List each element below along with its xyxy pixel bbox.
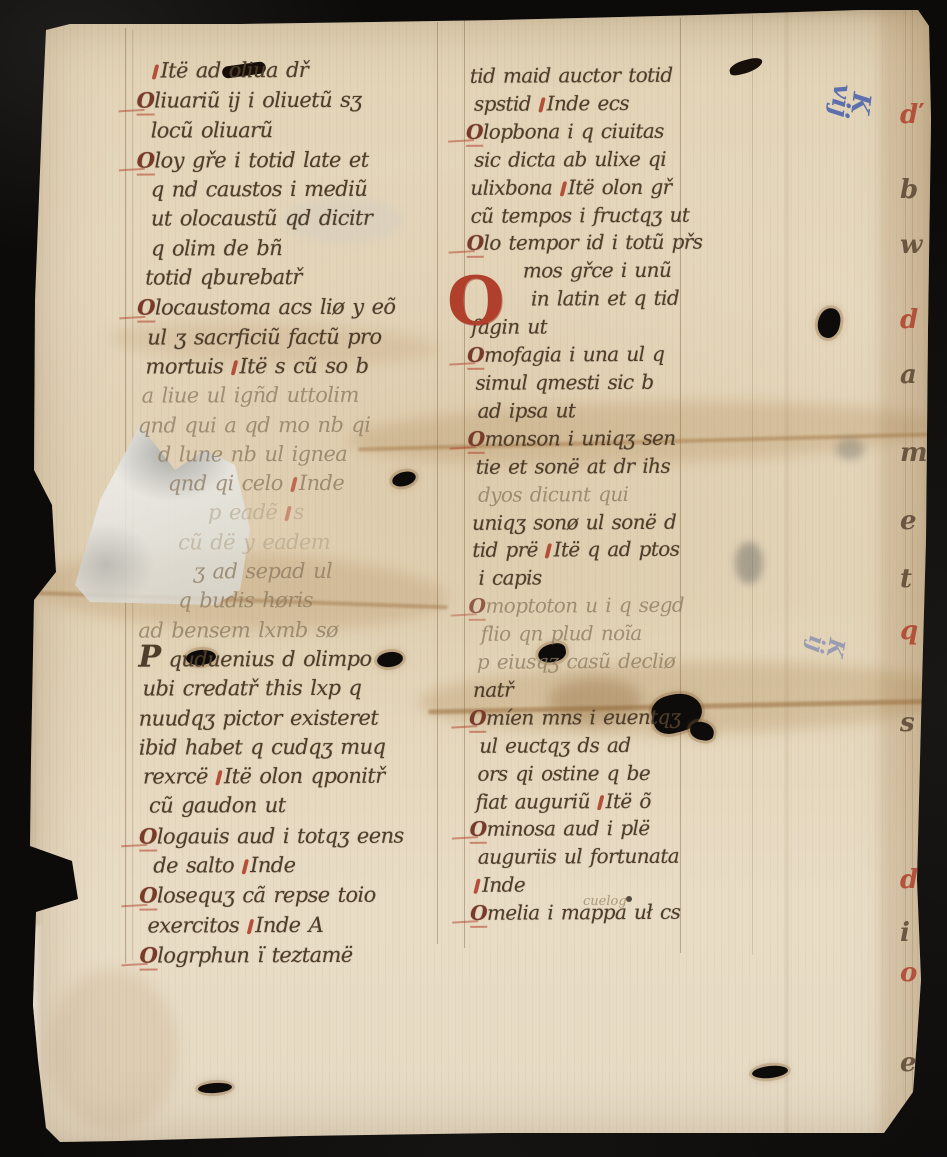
- text-line: tid prë Itë q ad ptos: [468, 536, 788, 566]
- text-line: ors qi ostine q be: [469, 759, 789, 789]
- shelfmark-line: ij: [804, 633, 827, 655]
- rubric-tick: [473, 879, 481, 894]
- text-line: Omoptoton u i q segd: [469, 591, 789, 621]
- text-line: p eadẽ s: [138, 498, 468, 528]
- text-line: mos gřce i unũ: [467, 257, 787, 287]
- text-line: Omelia i mappa uł cs: [470, 898, 790, 928]
- text-line: d lune nb ul ignea: [138, 439, 468, 469]
- edge-letter-fragment: o: [900, 958, 917, 988]
- text-line: qnd qi celo Inde: [138, 469, 468, 499]
- text-line: rexrcë Itë olon qponitř: [139, 762, 469, 792]
- text-line: tid maid auctor totid: [466, 61, 786, 91]
- text-line: flio qn plud noĩa: [469, 619, 789, 649]
- text-line: de salto Inde: [139, 850, 469, 880]
- text-line: q olim de bñ: [137, 233, 467, 263]
- rubric-tick: [152, 64, 160, 79]
- touched-initial: O: [470, 901, 487, 928]
- text-line: ul ʒ sacrficiũ factũ pro: [137, 322, 467, 352]
- touched-initial: O: [137, 295, 155, 323]
- rubric-tick: [290, 477, 298, 492]
- text-line: exercitos Inde A: [139, 910, 469, 940]
- touched-initial: P: [138, 639, 160, 674]
- text-line: ubi credatř this lxp q: [139, 674, 469, 704]
- edge-letter-fragment: d: [900, 865, 918, 895]
- touched-initial: O: [467, 231, 484, 258]
- touched-initial: O: [469, 594, 486, 621]
- edge-letter-fragment: e: [900, 1048, 917, 1078]
- text-line: ut olocaustũ qd dicitr: [137, 204, 467, 234]
- rubric-tick: [215, 770, 223, 785]
- manuscript-page: Itë ad oliua dřOliuariũ ij i oliuetũ sʒl…: [28, 10, 933, 1150]
- rubric-tick: [597, 795, 605, 810]
- rubric-tick: [241, 859, 249, 874]
- touched-initial: O: [466, 120, 483, 147]
- text-line: Inde: [470, 870, 790, 900]
- touched-initial: O: [470, 817, 487, 844]
- text-line: natř: [469, 675, 789, 705]
- text-line: ul euctqʒ ds ad: [469, 731, 789, 761]
- frayed-paper-fibers: [28, 925, 43, 1130]
- text-line: Omonson i uniqʒ sen: [468, 424, 788, 454]
- text-line: ad bensem lxmb sø: [138, 615, 468, 645]
- blue-shelfmark-middle: K ij: [804, 633, 847, 659]
- text-line: Omofagia i una ul q: [467, 340, 787, 370]
- text-line: tie et sonë at dr ihs: [468, 452, 788, 482]
- text-line: locũ oliuarũ: [137, 115, 467, 145]
- text-line: ibid habet q cudqʒ muq: [139, 732, 469, 762]
- text-line: Ologauis aud i totqʒ eens: [139, 820, 469, 851]
- text-line: p eiusqʒ casũ decliø: [469, 647, 789, 677]
- text-line: sic dicta ab ulixe qi: [466, 145, 786, 175]
- touched-initial: O: [137, 147, 155, 175]
- text-line: Olocaustoma acs liø y eõ: [137, 292, 467, 323]
- slit-hole: [198, 1082, 233, 1094]
- edge-letter-fragment: q: [900, 616, 918, 646]
- touched-initial: O: [468, 427, 485, 454]
- text-line: ʒ ad sepad ul: [138, 556, 468, 586]
- touched-initial: O: [139, 942, 157, 970]
- text-line: q budis høris: [138, 586, 468, 616]
- tear-hole: [816, 306, 843, 339]
- text-line: totid qburebatř: [137, 263, 467, 293]
- text-line: P quduenius d olimpo: [138, 644, 468, 674]
- blue-shelfmark-top: K vij: [829, 83, 873, 121]
- edge-letter-fragment: ď: [900, 100, 918, 130]
- text-line: nuudqʒ pictor existeret: [139, 703, 469, 733]
- text-line: Itë ad oliua dř: [136, 55, 466, 85]
- text-line: ulixbona Itë olon gř: [466, 173, 786, 203]
- touched-initial: O: [467, 343, 484, 370]
- edge-letter-fragment: t: [900, 564, 912, 594]
- text-line: i capis: [468, 563, 788, 593]
- rubricated-initial: O: [447, 268, 505, 334]
- touched-initial: O: [139, 823, 157, 851]
- text-line: spstid Inde ecs: [466, 89, 786, 119]
- text-line: dyos dicunt qui: [468, 480, 788, 510]
- text-line: fiat auguriũ Itë õ: [470, 787, 790, 817]
- text-line: mortuis Itë s cũ so b: [137, 351, 467, 381]
- rubric-tick: [538, 97, 546, 112]
- edge-letter-fragment: m: [900, 438, 928, 468]
- edge-letter-fragment: b: [900, 175, 918, 205]
- text-line: uniqʒ sonø ul sonë d: [468, 508, 788, 538]
- text-column-left: Itë ad oliua dřOliuariũ ij i oliuetũ sʒl…: [136, 55, 469, 970]
- edge-letter-fragment: w: [900, 230, 922, 260]
- edge-letter-fragment: d: [900, 305, 918, 335]
- photo-backdrop: Itë ad oliua dřOliuariũ ij i oliuetũ sʒl…: [0, 0, 947, 1157]
- text-line: cũ gaudon ut: [139, 791, 469, 821]
- text-line: Olo tempor id i totũ přs: [467, 229, 787, 259]
- rubric-tick: [246, 919, 254, 934]
- text-line: Ominosa aud i plë: [470, 815, 790, 845]
- text-line: simul qmesti sic b: [467, 368, 787, 398]
- rubric-tick: [285, 506, 293, 521]
- rubric-tick: [231, 360, 239, 375]
- edge-letter-fragment: a: [900, 360, 917, 390]
- text-line: Omíen mns i euentqʒ: [469, 703, 789, 733]
- edge-letter-fragment: e: [900, 506, 917, 536]
- text-line: cũ dë y eadem: [138, 527, 468, 557]
- text-line: Olopbona i q ciuitas: [466, 117, 786, 147]
- text-line: qnd qui a qd mo nb qi: [138, 410, 468, 440]
- text-line: fagin ut: [467, 312, 787, 342]
- edge-letter-fragment: s: [900, 708, 915, 738]
- edge-letter-fragment: i: [900, 918, 910, 948]
- touched-initial: O: [137, 88, 155, 116]
- text-line: Oliuariũ ij i oliuetũ sʒ: [137, 85, 467, 116]
- text-line: cũ tempos i fructqʒ ut: [466, 201, 786, 231]
- rubric-tick: [559, 181, 567, 196]
- interlinear-note: cuelog: [583, 894, 627, 909]
- touched-initial: O: [469, 706, 486, 733]
- text-line: Oloy gře i totid late et: [137, 144, 467, 175]
- text-line: Olosequʒ cã repse toio: [139, 880, 469, 911]
- gray-smudge: [836, 438, 864, 460]
- text-line: auguriis ul fortunata: [470, 843, 790, 873]
- rubric-tick: [545, 544, 553, 559]
- stain-band: [48, 970, 178, 1130]
- text-line: Ologrphun ï teztamë: [139, 939, 469, 970]
- text-line: q nd caustos i mediũ: [137, 175, 467, 205]
- text-column-right: tid maid auctor totidspstid Inde ecsOlop…: [466, 61, 791, 928]
- text-line: a liue ul igñd uttolim: [138, 381, 468, 411]
- slit-hole: [751, 1064, 788, 1080]
- text-line: in latin et q tid: [467, 284, 787, 314]
- touched-initial: O: [139, 883, 157, 911]
- text-line: ad ipsa ut: [467, 396, 787, 426]
- shelfmark-line: vij: [829, 83, 853, 118]
